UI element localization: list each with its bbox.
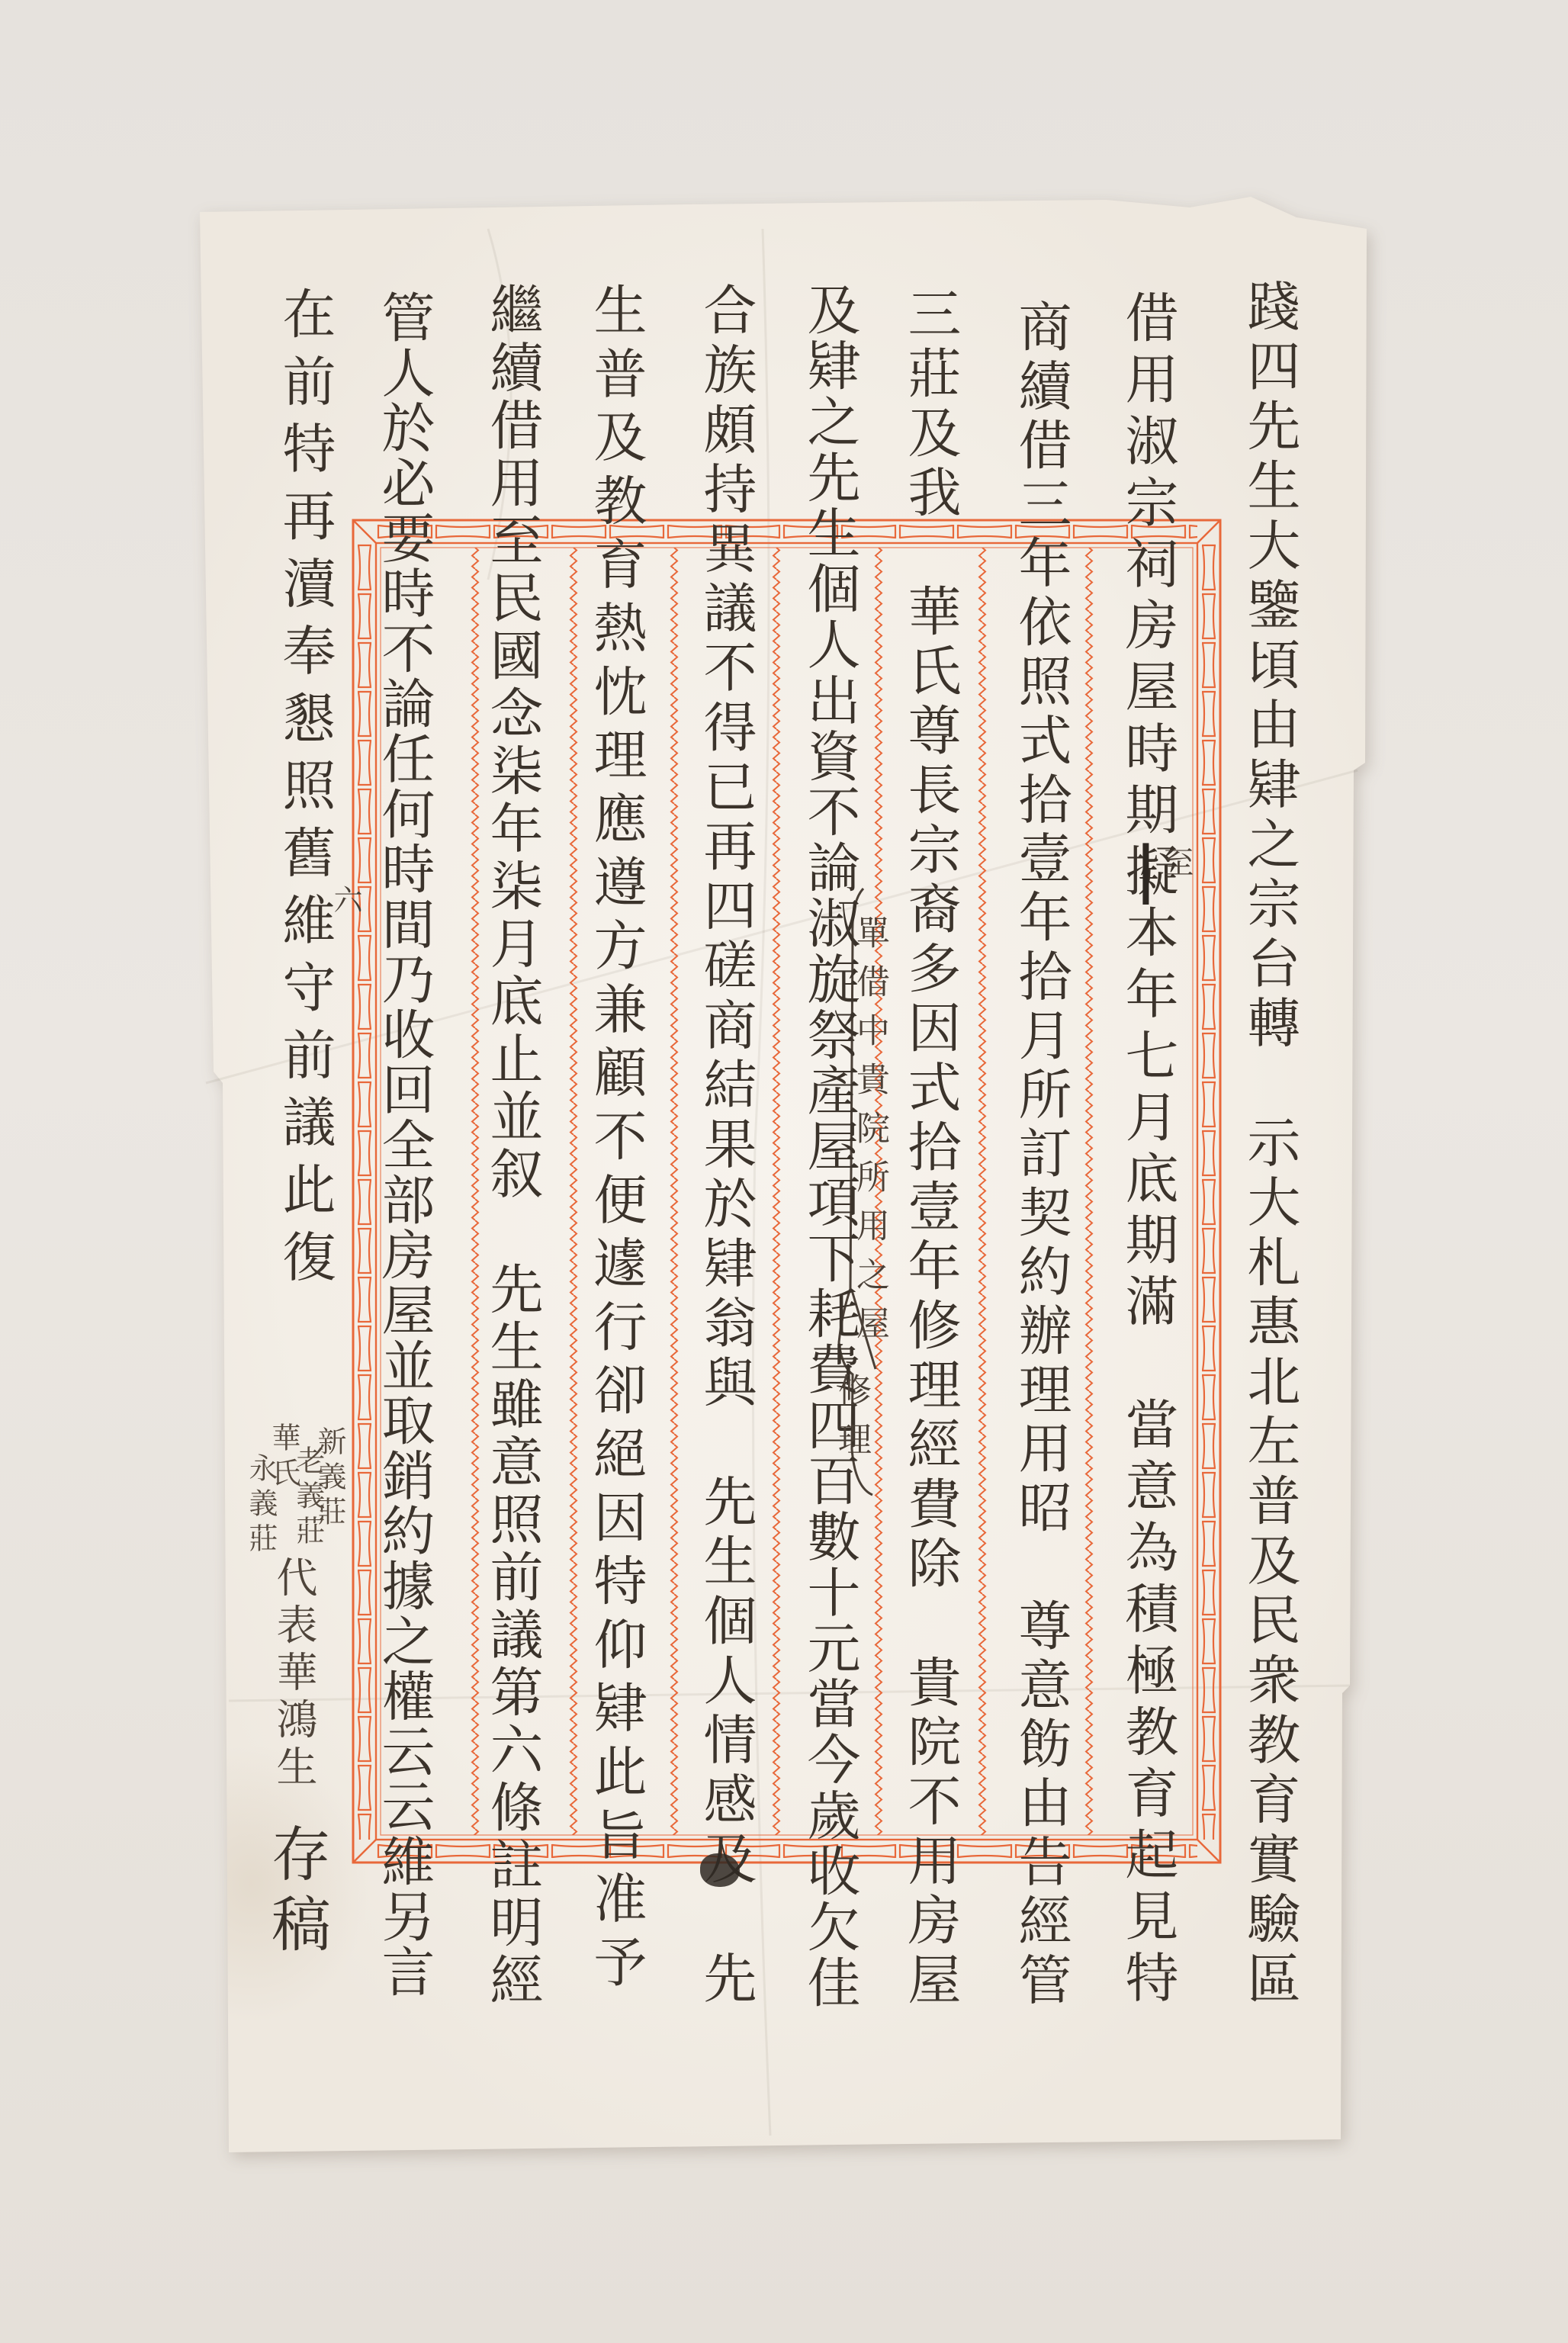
letter-column-5: 及肄之先生個人出資不論淑旋祭產屋項下耗費四百數十元當今歲收欠佳 xyxy=(803,282,856,2010)
paper-sheet xyxy=(0,0,1568,2343)
letter-column-10: 在前特再瀆奉懇照舊維守前議此復 xyxy=(278,286,332,1297)
letter-column-9: 管人於必要時不論任何時間乃收回全部房屋並取銷約據之權云云維另言 xyxy=(378,290,431,1999)
draft-closing-mark: 存稿 xyxy=(266,1823,326,1963)
paper-sheet-shadow xyxy=(0,0,1568,2343)
letter-column-1: 踐四先生大鑒頃由肄之宗台轉 示大札惠北左普及民衆教育實驗區 xyxy=(1243,278,1296,2010)
letter-column-8: 繼續借用至民國念柒年柒月底止並叙 先生雖意照前議第六條註明經 xyxy=(486,282,539,2010)
letter-column-6: 合族頗持異議不得已再四磋商結果於肄翁與 先生個人情感及 先 xyxy=(699,282,753,2010)
column-2-after: 本年七月底期滿 當意為積極教育起見特 xyxy=(1117,905,1179,2011)
ink-blot xyxy=(700,1853,740,1887)
signature-estate: 永義莊 xyxy=(246,1453,275,1558)
signature-representative: 代表華鴻生 xyxy=(273,1556,314,1792)
margin-note: 單借中貴院所用之屋 xyxy=(853,915,886,1355)
letter-column-2: 借用淑宗祠房屋時期擬本年七月底期滿 當意為積極教育起見特 xyxy=(1121,290,1174,2011)
letter-column-4: 三莊及我 華氏尊長宗裔多因式拾壹年修理經費除 貴院不用房屋 xyxy=(904,286,957,2011)
insertion-mark: 六 xyxy=(331,885,360,914)
letter-column-3: 商續借三年依照式拾壹年拾月所訂契約辦理用昭 尊意飭由告經管 xyxy=(1014,299,1068,2011)
margin-note-tail: 修理 xyxy=(834,1373,868,1470)
correction-mark: 至 xyxy=(1161,847,1191,877)
letter-column-7: 生普及教育熱忱理應遵方兼顧不便遽行卻絕因特仰肄此旨准予 xyxy=(590,282,643,1997)
column-2-before: 借用淑宗祠房屋時期 xyxy=(1117,290,1179,843)
